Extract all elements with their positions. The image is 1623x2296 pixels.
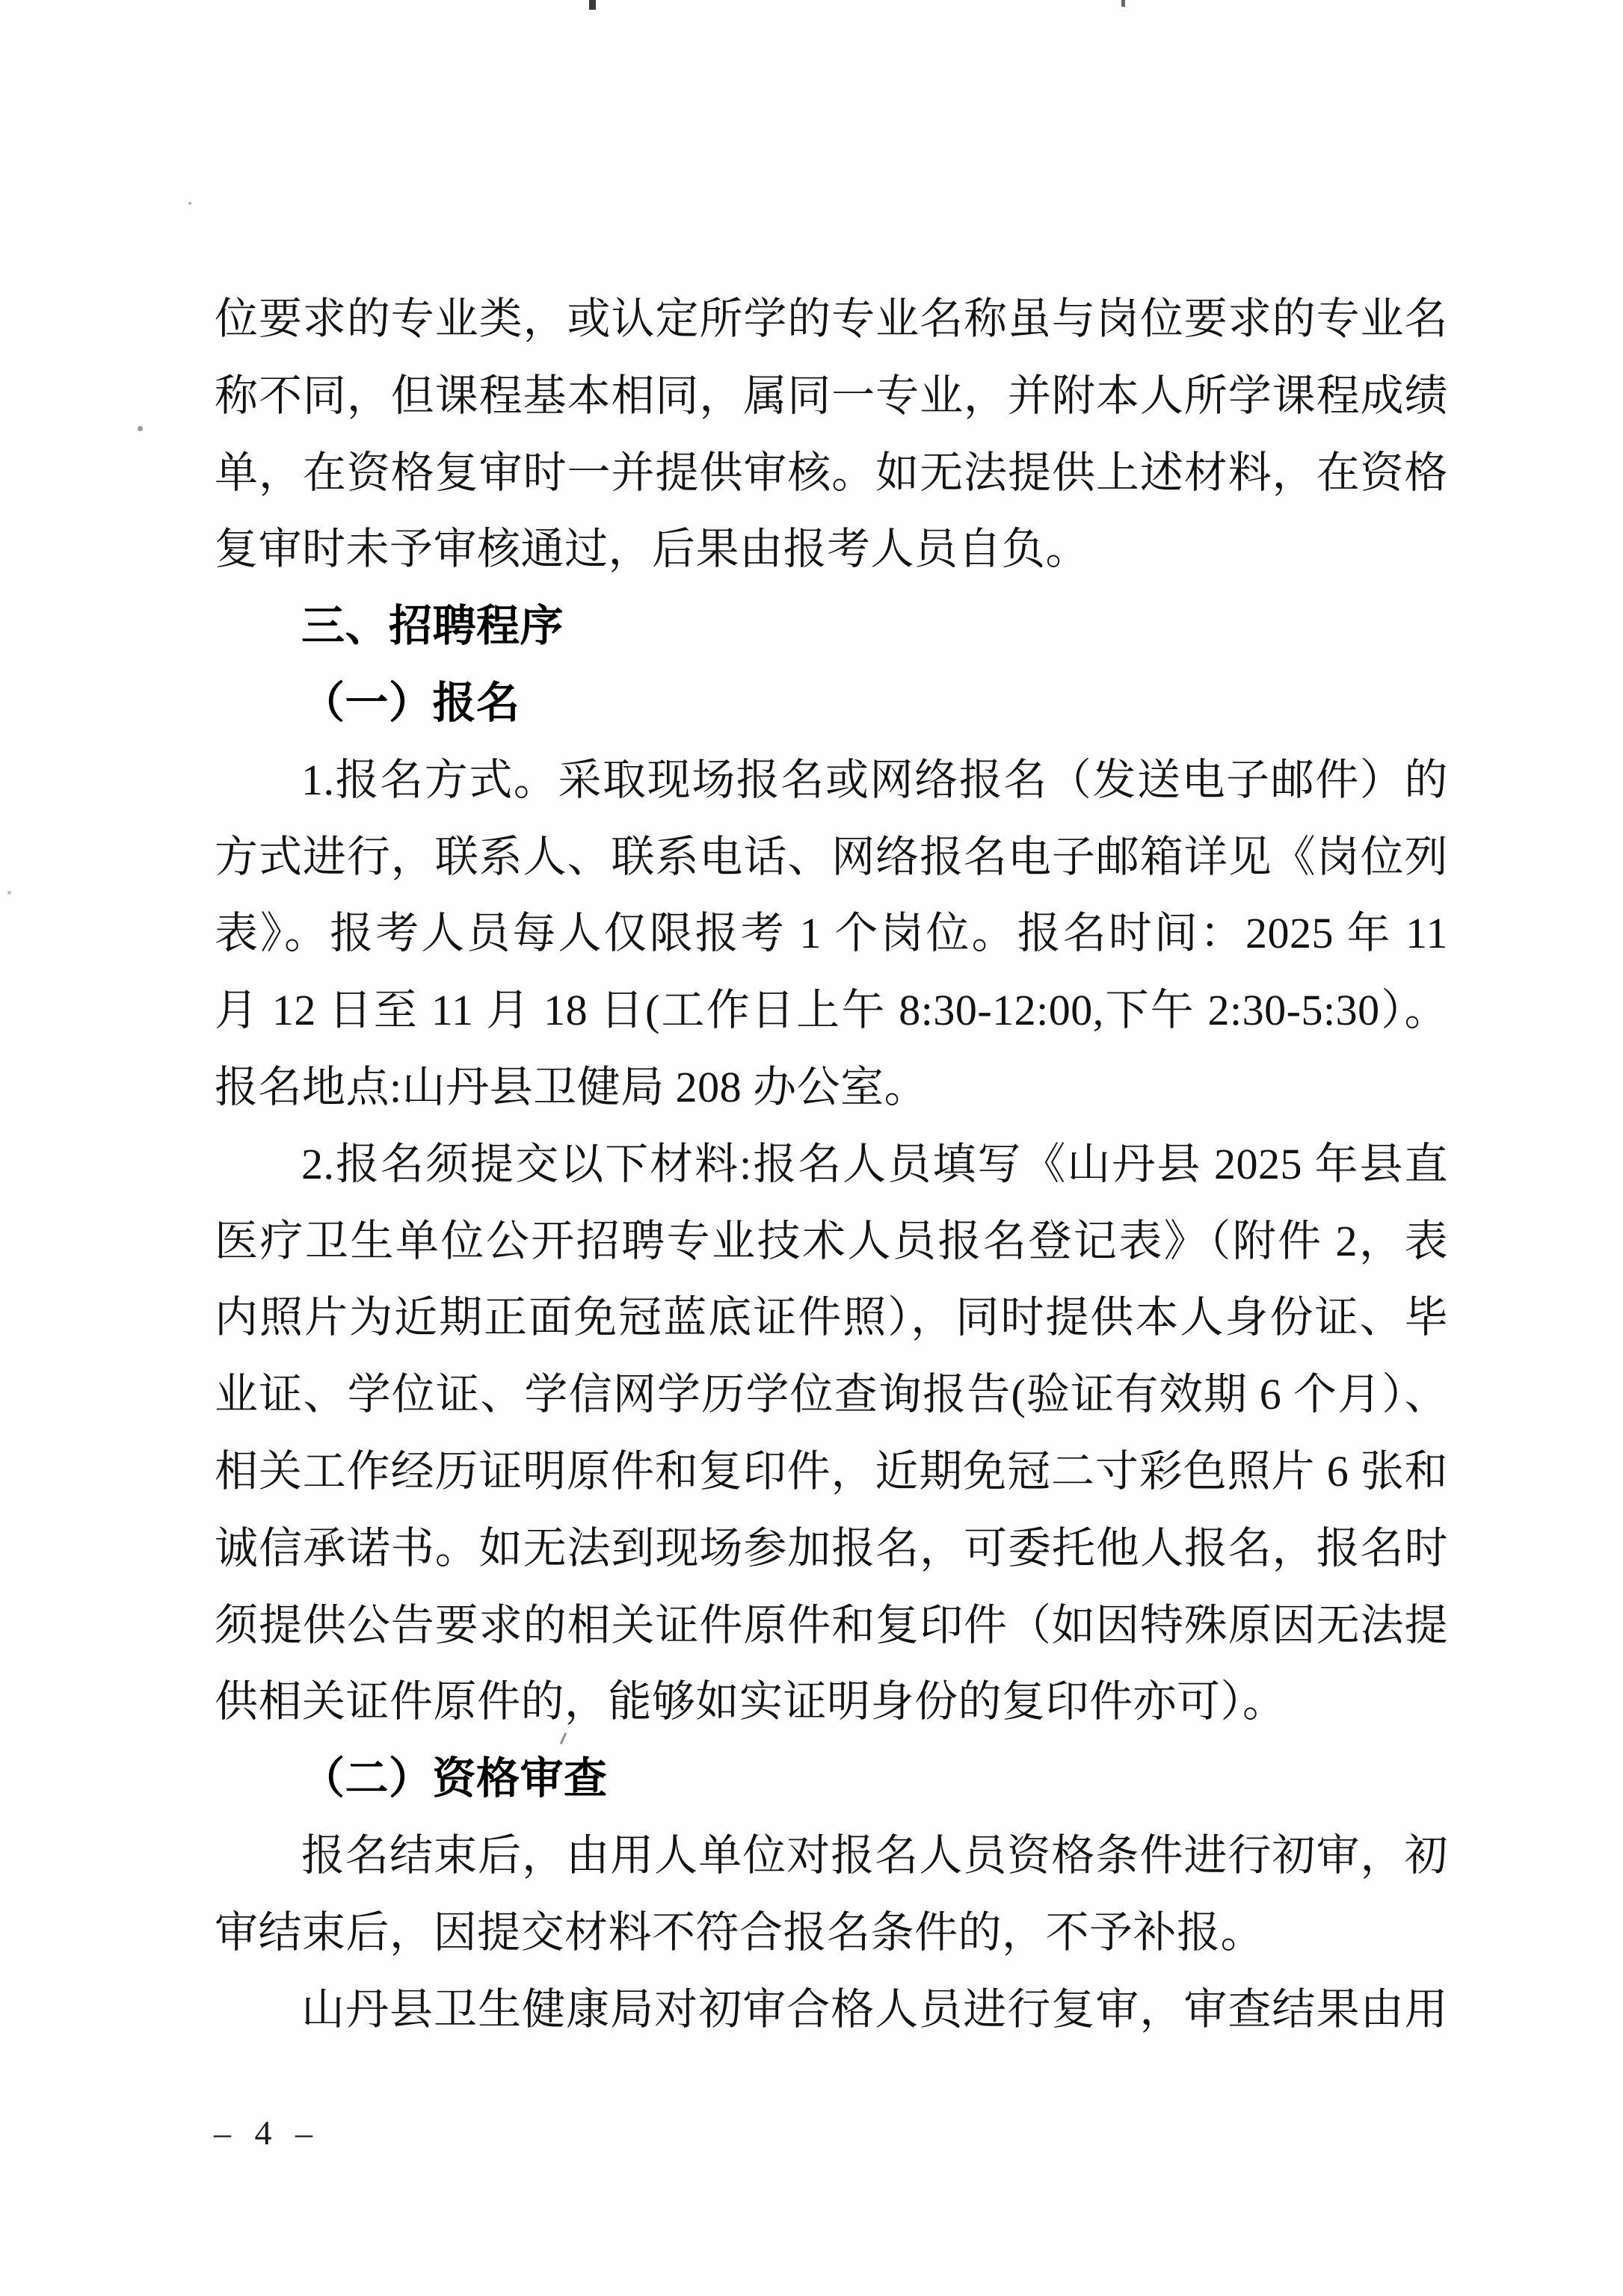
body-line: 2.报名须提交以下材料:报名人员填写《山丹县 2025 年县直 <box>215 1126 1448 1203</box>
heading-qualification-review: （二）资格审查 <box>215 1741 1448 1818</box>
body-line: 报名地点:山丹县卫健局 208 办公室。 <box>215 1049 1448 1126</box>
body-line: 内照片为近期正面免冠蓝底证件照），同时提供本人身份证、毕 <box>215 1280 1448 1357</box>
body-line: 表》。报考人员每人仅限报考 1 个岗位。报名时间：2025 年 11 <box>215 895 1448 972</box>
body-line: 报名结束后，由用人单位对报名人员资格条件进行初审，初 <box>215 1818 1448 1895</box>
heading-registration: （一）报名 <box>215 665 1448 742</box>
body-line: 审结束后，因提交材料不符合报名条件的，不予补报。 <box>215 1895 1448 1972</box>
body-line: 诚信承诺书。如无法到现场参加报名，可委托他人报名，报名时 <box>215 1510 1448 1587</box>
heading-recruitment-procedure: 三、招聘程序 <box>215 588 1448 665</box>
scan-artifact <box>589 0 596 10</box>
page-number: – 4 – <box>214 2111 320 2155</box>
scan-artifact <box>188 202 191 205</box>
body-line: 复审时未予审核通过，后果由报考人员自负。 <box>215 511 1448 588</box>
body-line: 业证、学位证、学信网学历学位查询报告(验证有效期 6 个月）、 <box>215 1357 1448 1434</box>
body-line: 供相关证件原件的，能够如实证明身份的复印件亦可）。 <box>215 1664 1448 1741</box>
body-line: 须提供公告要求的相关证件原件和复印件（如因特殊原因无法提 <box>215 1587 1448 1664</box>
document-text-block: 位要求的专业类，或认定所学的专业名称虽与岗位要求的专业名 称不同，但课程基本相同… <box>215 281 1448 2048</box>
scan-artifact <box>138 426 143 431</box>
scanned-document-page: { "doc": { "footer": "– 4 –", "lines": [… <box>0 0 1623 2296</box>
body-line: 称不同，但课程基本相同，属同一专业，并附本人所学课程成绩 <box>215 358 1448 435</box>
body-line: 1.报名方式。采取现场报名或网络报名（发送电子邮件）的 <box>215 742 1448 819</box>
body-line: 相关工作经历证明原件和复印件，近期免冠二寸彩色照片 6 张和 <box>215 1434 1448 1510</box>
body-line: 医疗卫生单位公开招聘专业技术人员报名登记表》（附件 2，表 <box>215 1203 1448 1280</box>
body-line: 方式进行，联系人、联系电话、网络报名电子邮箱详见《岗位列 <box>215 819 1448 896</box>
scan-artifact <box>1121 0 1125 7</box>
body-line: 位要求的专业类，或认定所学的专业名称虽与岗位要求的专业名 <box>215 281 1448 358</box>
body-line: 山丹县卫生健康局对初审合格人员进行复审，审查结果由用 <box>215 1972 1448 2049</box>
scan-artifact <box>7 891 11 895</box>
body-line: 月 12 日至 11 月 18 日(工作日上午 8:30-12:00,下午 2:… <box>215 972 1448 1049</box>
body-line: 单，在资格复审时一并提供审核。如无法提供上述材料，在资格 <box>215 435 1448 512</box>
